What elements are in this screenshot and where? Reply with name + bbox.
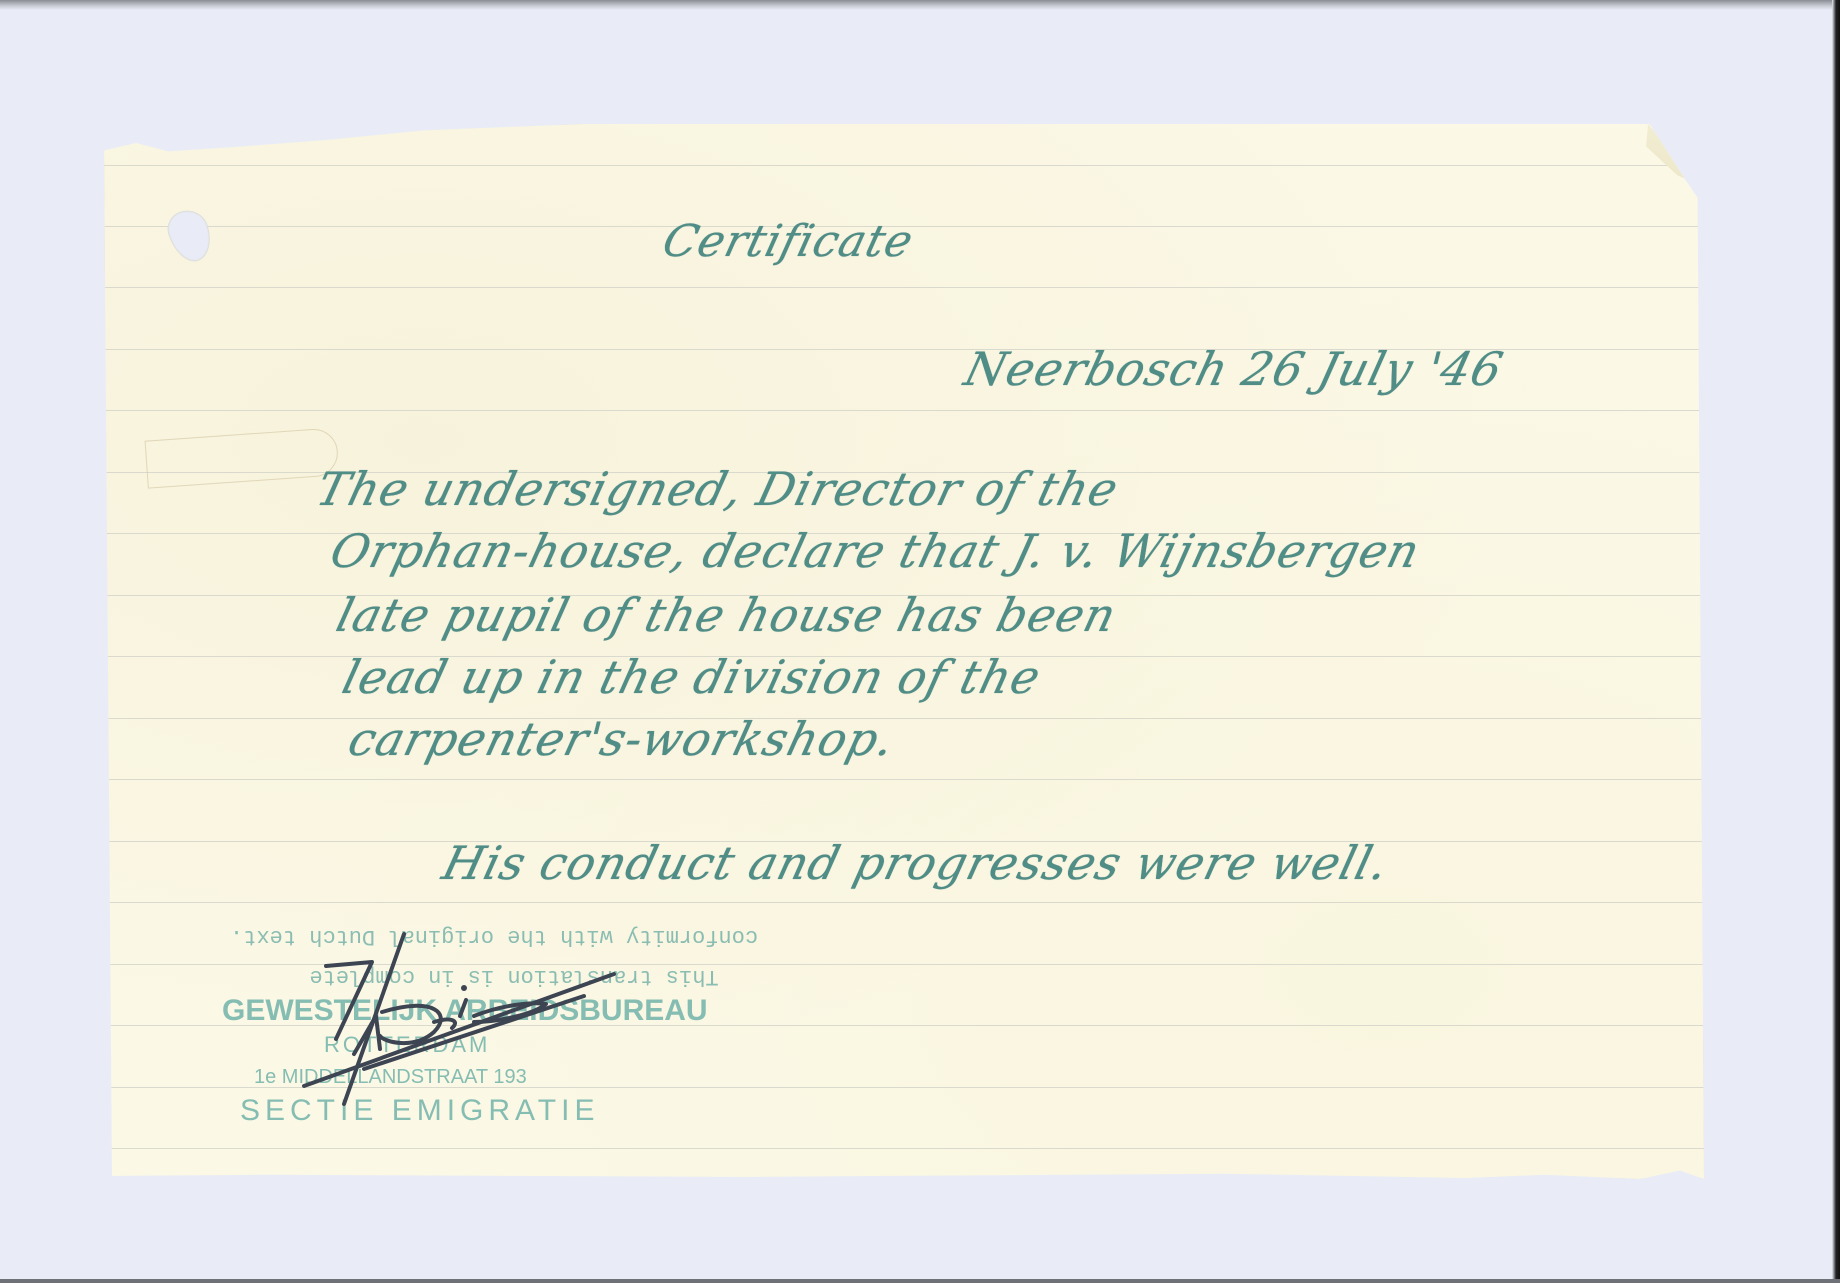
certificate-title: Certificate xyxy=(658,216,919,267)
place-and-date: Neerbosch 26 July '46 xyxy=(959,342,1509,396)
scanner-top-edge xyxy=(0,0,1840,10)
ruled-line xyxy=(104,287,1704,288)
certificate-paper: Certificate Neerbosch 26 July '46 The un… xyxy=(104,124,1704,1179)
body-line: late pupil of the house has been xyxy=(331,588,1122,642)
closing-statement: His conduct and progresses were well. xyxy=(437,836,1394,890)
body-line: carpenter's-workshop. xyxy=(343,712,900,766)
scanner-right-edge xyxy=(1832,0,1840,1283)
ruled-line xyxy=(104,779,1704,780)
scanner-bottom-edge xyxy=(0,1279,1840,1283)
ruled-line xyxy=(104,902,1704,903)
body-line: Orphan-house, declare that J. v. Wijnsbe… xyxy=(325,524,1425,578)
body-line: The undersigned, Director of the xyxy=(311,462,1124,516)
ruled-line xyxy=(104,718,1704,719)
ruled-line xyxy=(104,165,1704,166)
signature: handwritten signature xyxy=(284,904,624,1124)
signature-scribble-icon xyxy=(284,904,624,1124)
body-line: lead up in the division of the xyxy=(337,650,1046,704)
ruled-line xyxy=(104,410,1704,411)
